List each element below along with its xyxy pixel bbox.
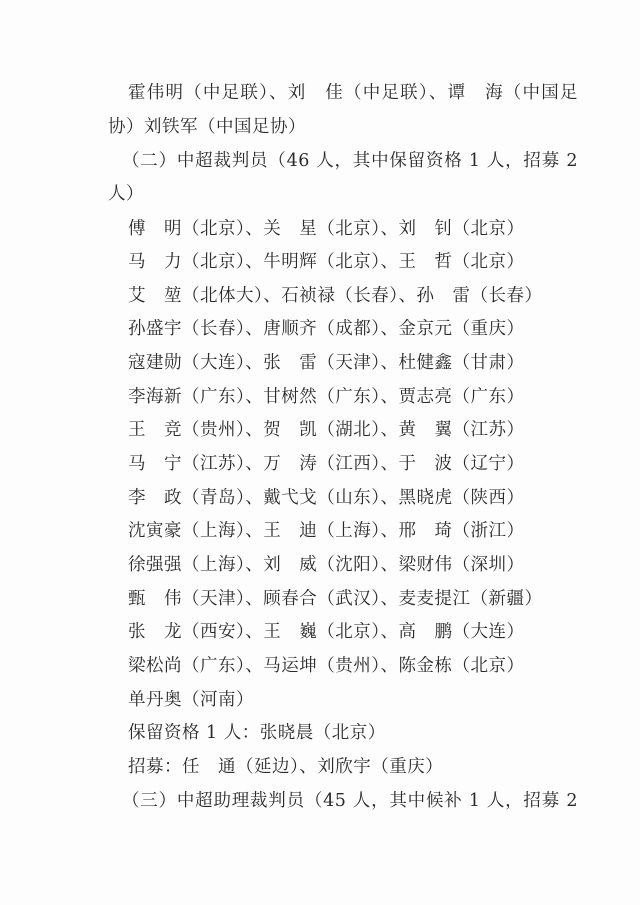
recruitment-line: 招募：任 通（延边）、刘欣宇（重庆）	[128, 756, 443, 778]
section-2-heading: （二）中超裁判员（46 人，其中保留资格 1 人，招募 2	[122, 150, 578, 172]
referee-row: 孙盛宇（长春）、唐顺齐（成都）、金京元（重庆）	[128, 318, 525, 340]
referee-row: 沈寅豪（上海）、王 迪（上海）、邢 琦（浙江）	[128, 520, 525, 542]
referee-row: 寇建勋（大连）、张 雷（天津）、杜健鑫（甘肃）	[128, 352, 525, 374]
referee-row: 艾 堃（北体大）、石祯禄（长春）、孙 雷（长春）	[128, 285, 543, 307]
section-2-heading-cont: 人）	[108, 183, 144, 205]
referee-row: 李 政（青岛）、戴弋戈（山东）、黑晓虎（陕西）	[128, 487, 525, 509]
referee-row: 徐强强（上海）、刘 威（沈阳）、梁财伟（深圳）	[128, 554, 525, 576]
retained-qualification-line: 保留资格 1 人：张晓晨（北京）	[128, 722, 386, 744]
document-page: 霍伟明（中足联）、刘 佳（中足联）、谭 海（中国足 协）刘铁军（中国足协） （二…	[0, 0, 640, 905]
intro-text-line-1: 霍伟明（中足联）、刘 佳（中足联）、谭 海（中国足	[128, 82, 578, 104]
referee-row: 甄 伟（天津）、顾春合（武汉）、麦麦提江（新疆）	[128, 588, 543, 610]
referee-row: 李海新（广东）、甘树然（广东）、贾志亮（广东）	[128, 386, 525, 408]
section-3-heading: （三）中超助理裁判员（45 人，其中候补 1 人，招募 2	[122, 790, 578, 812]
referee-row: 王 竞（贵州）、贺 凯（湖北）、黄 翼（江苏）	[128, 419, 525, 441]
referee-row: 傅 明（北京）、关 星（北京）、刘 钊（北京）	[128, 218, 525, 240]
intro-text-line-2: 协）刘铁军（中国足协）	[108, 116, 306, 138]
referee-row: 马 力（北京）、牛明辉（北京）、王 哲（北京）	[128, 251, 525, 273]
referee-row: 单丹奥（河南）	[128, 689, 254, 711]
referee-row: 马 宁（江苏）、万 涛（江西）、于 波（辽宁）	[128, 453, 525, 475]
referee-row: 张 龙（西安）、王 巍（北京）、高 鹏（大连）	[128, 621, 525, 643]
referee-row: 梁松尚（广东）、马运坤（贵州）、陈金栋（北京）	[128, 655, 525, 677]
